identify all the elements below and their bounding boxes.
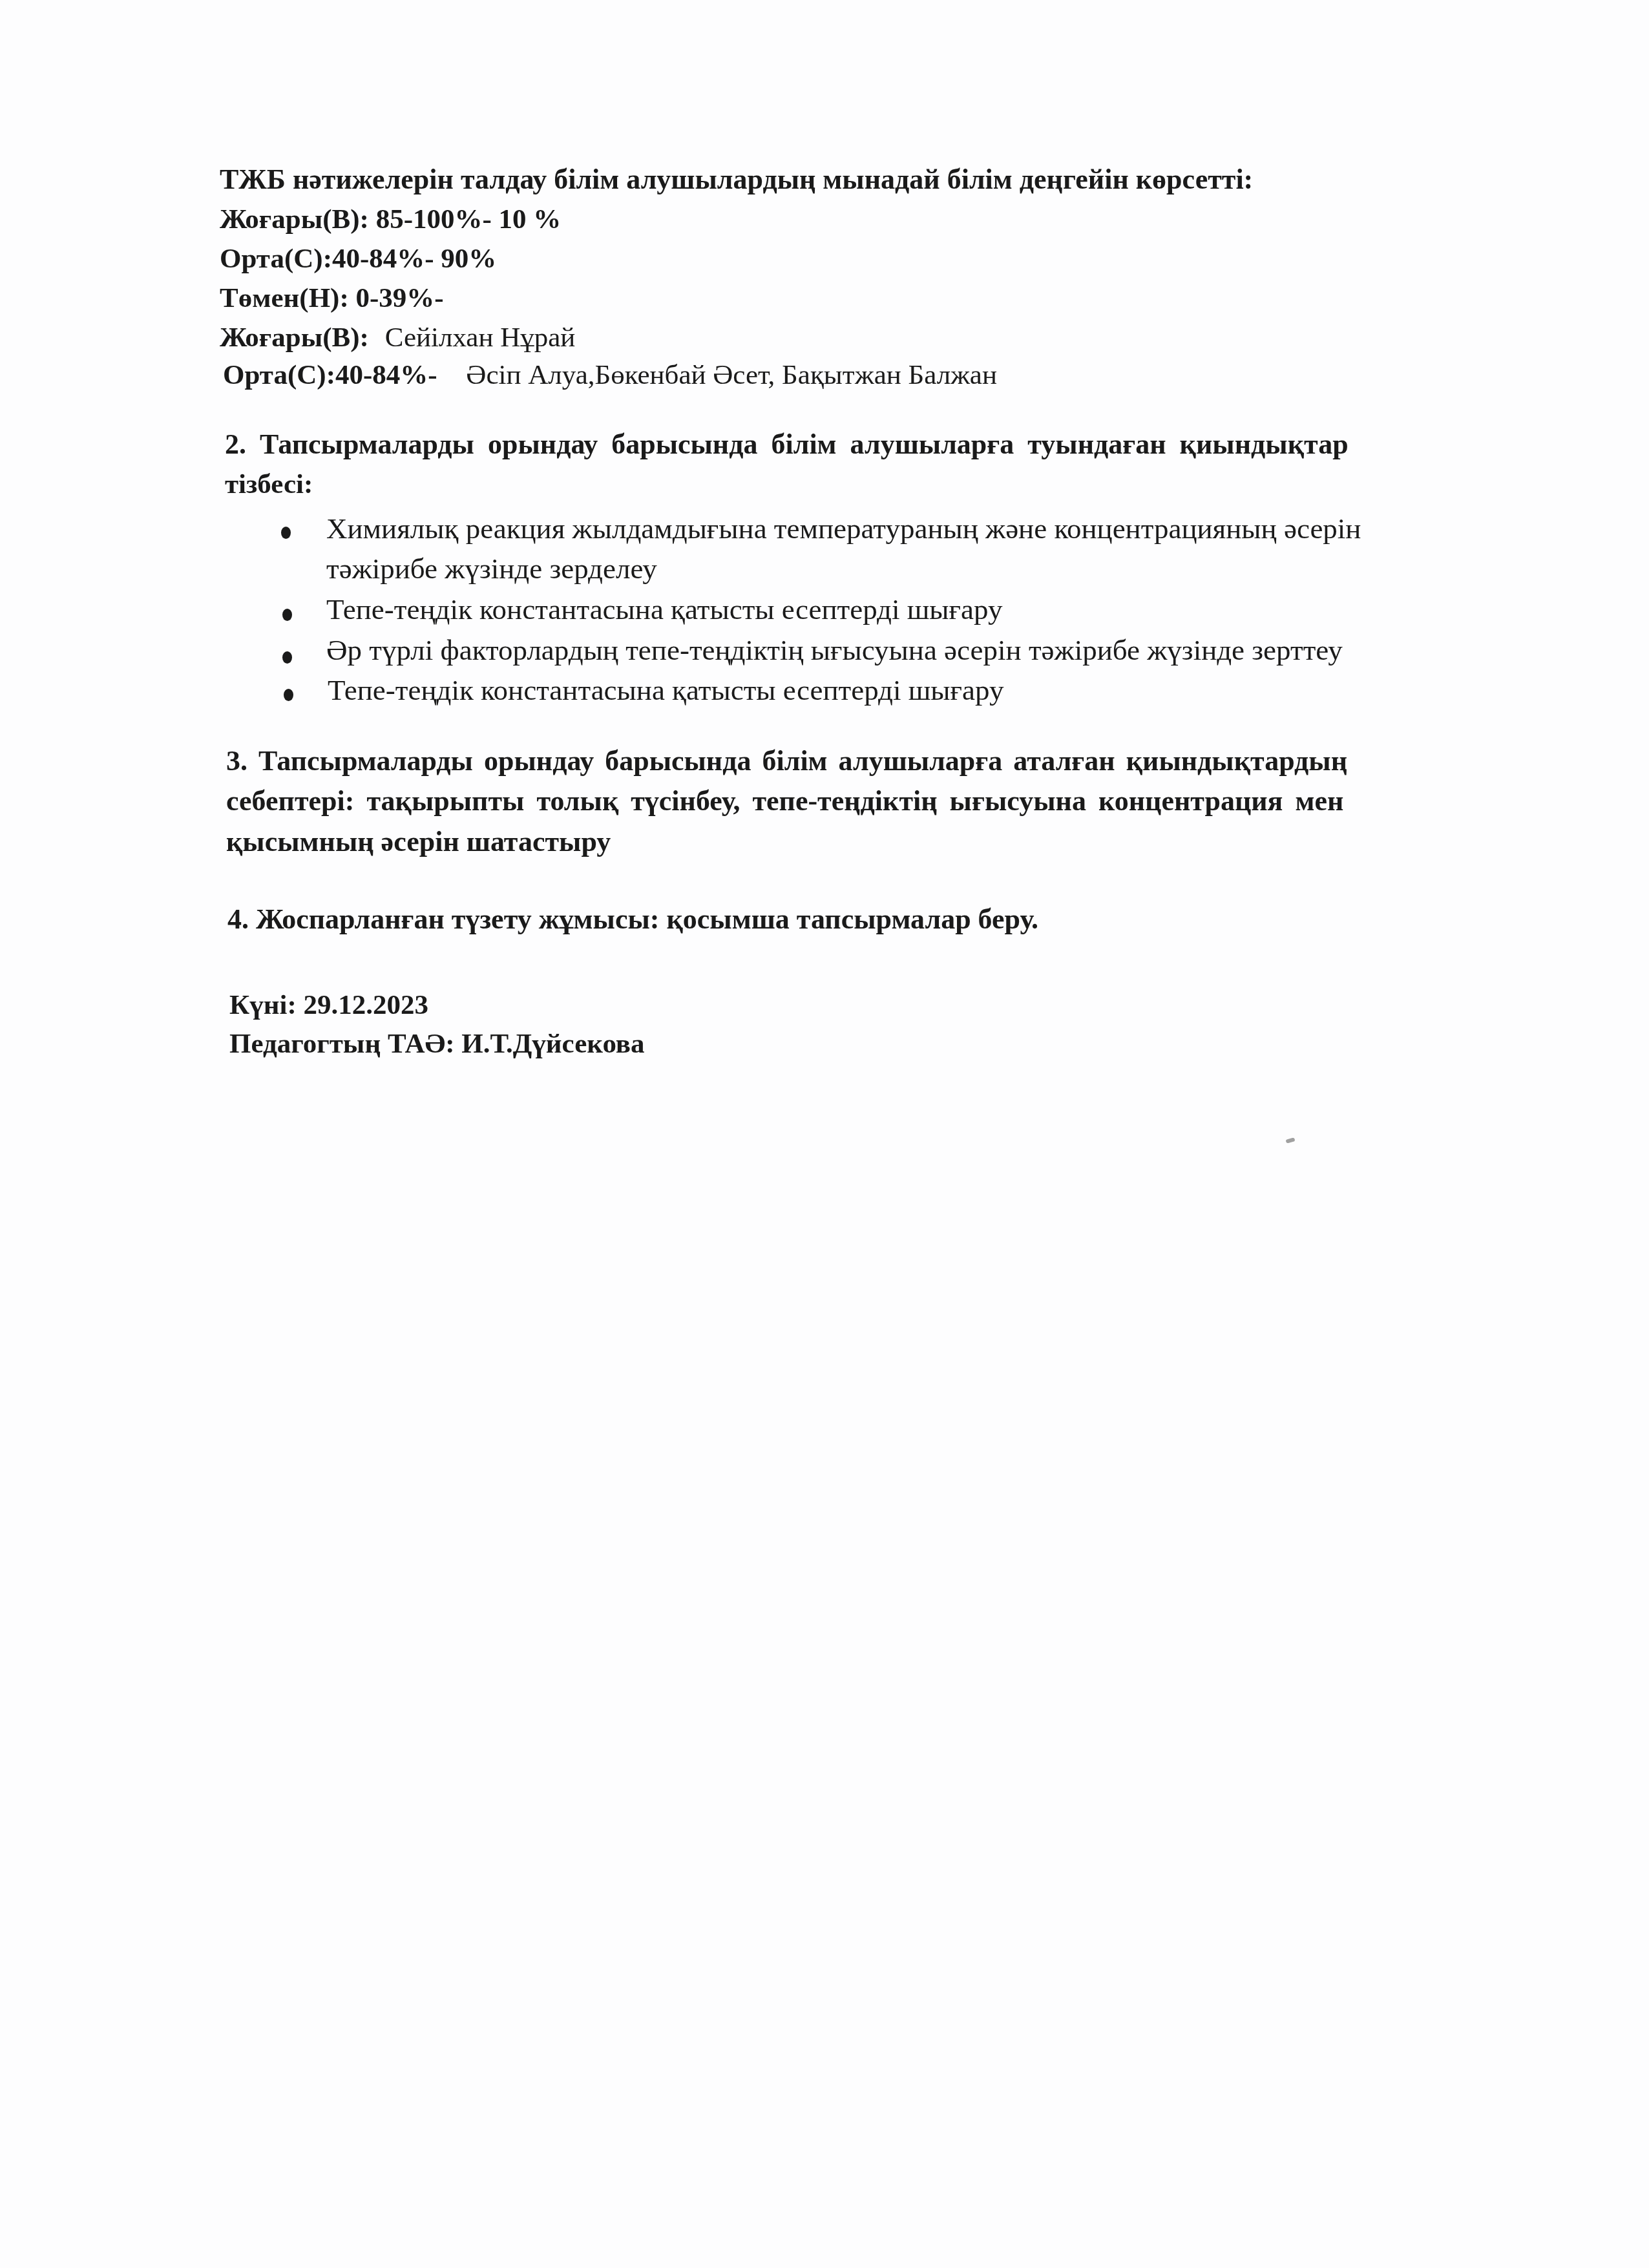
students-high-names: Сейілхан Нұрай (385, 322, 576, 353)
difficulty-item-text: Әр түрлі факторлардың тепе-теңдіктің ығы… (326, 632, 1343, 668)
section3-line1: 3. Тапсырмаларды орындау барысында білім… (226, 743, 1347, 779)
section3-line2: себептері: тақырыпты толық түсінбеу, теп… (226, 783, 1343, 819)
bullet-icon (282, 609, 292, 621)
difficulty-item-text-cont: тәжірибе жүзінде зерделеу (326, 551, 657, 587)
students-high-row: Жоғары(В): Сейілхан Нұрай (220, 320, 575, 356)
bullet-icon (284, 689, 293, 701)
section3-line3: қысымның әсерін шатастыру (226, 824, 611, 860)
students-medium-row: Орта(С):40-84%- Әсіп Алуа,Бөкенбай Әсет,… (223, 357, 997, 394)
bullet-icon (282, 651, 292, 664)
students-high-label: Жоғары(В): (220, 322, 369, 353)
students-medium-label: Орта(С):40-84%- (223, 360, 437, 390)
section2-title-line2: тізбесі: (225, 467, 313, 503)
summary-heading: ТЖБ нәтижелерін талдау білім алушылардың… (220, 162, 1253, 198)
level-medium: Орта(С):40-84%- 90% (220, 241, 496, 277)
section4-text: 4. Жоспарланған түзету жұмысы: қосымша т… (227, 901, 1038, 938)
bullet-icon (281, 527, 291, 539)
difficulty-item-text: Тепе-теңдік константасына қатысты есепте… (326, 591, 1002, 627)
difficulty-item-text: Тепе-теңдік константасына қатысты есепте… (328, 672, 1003, 708)
scanned-document-page: ТЖБ нәтижелерін талдау білім алушылардың… (0, 0, 1649, 2268)
level-low: Төмен(Н): 0-39%- (220, 280, 444, 317)
difficulty-item-text: Химиялық реакция жылдамдығына температур… (326, 510, 1361, 547)
teacher-name: Педагогтың ТАӘ: И.Т.Дүйсекова (229, 1026, 645, 1062)
scan-speck (1285, 1137, 1295, 1143)
date-label: Күні: 29.12.2023 (229, 987, 428, 1024)
students-medium-names: Әсіп Алуа,Бөкенбай Әсет, Бақытжан Балжан (466, 360, 997, 390)
section2-title-line1: 2. Тапсырмаларды орындау барысында білім… (225, 426, 1349, 463)
level-high: Жоғары(В): 85-100%- 10 % (220, 202, 561, 238)
